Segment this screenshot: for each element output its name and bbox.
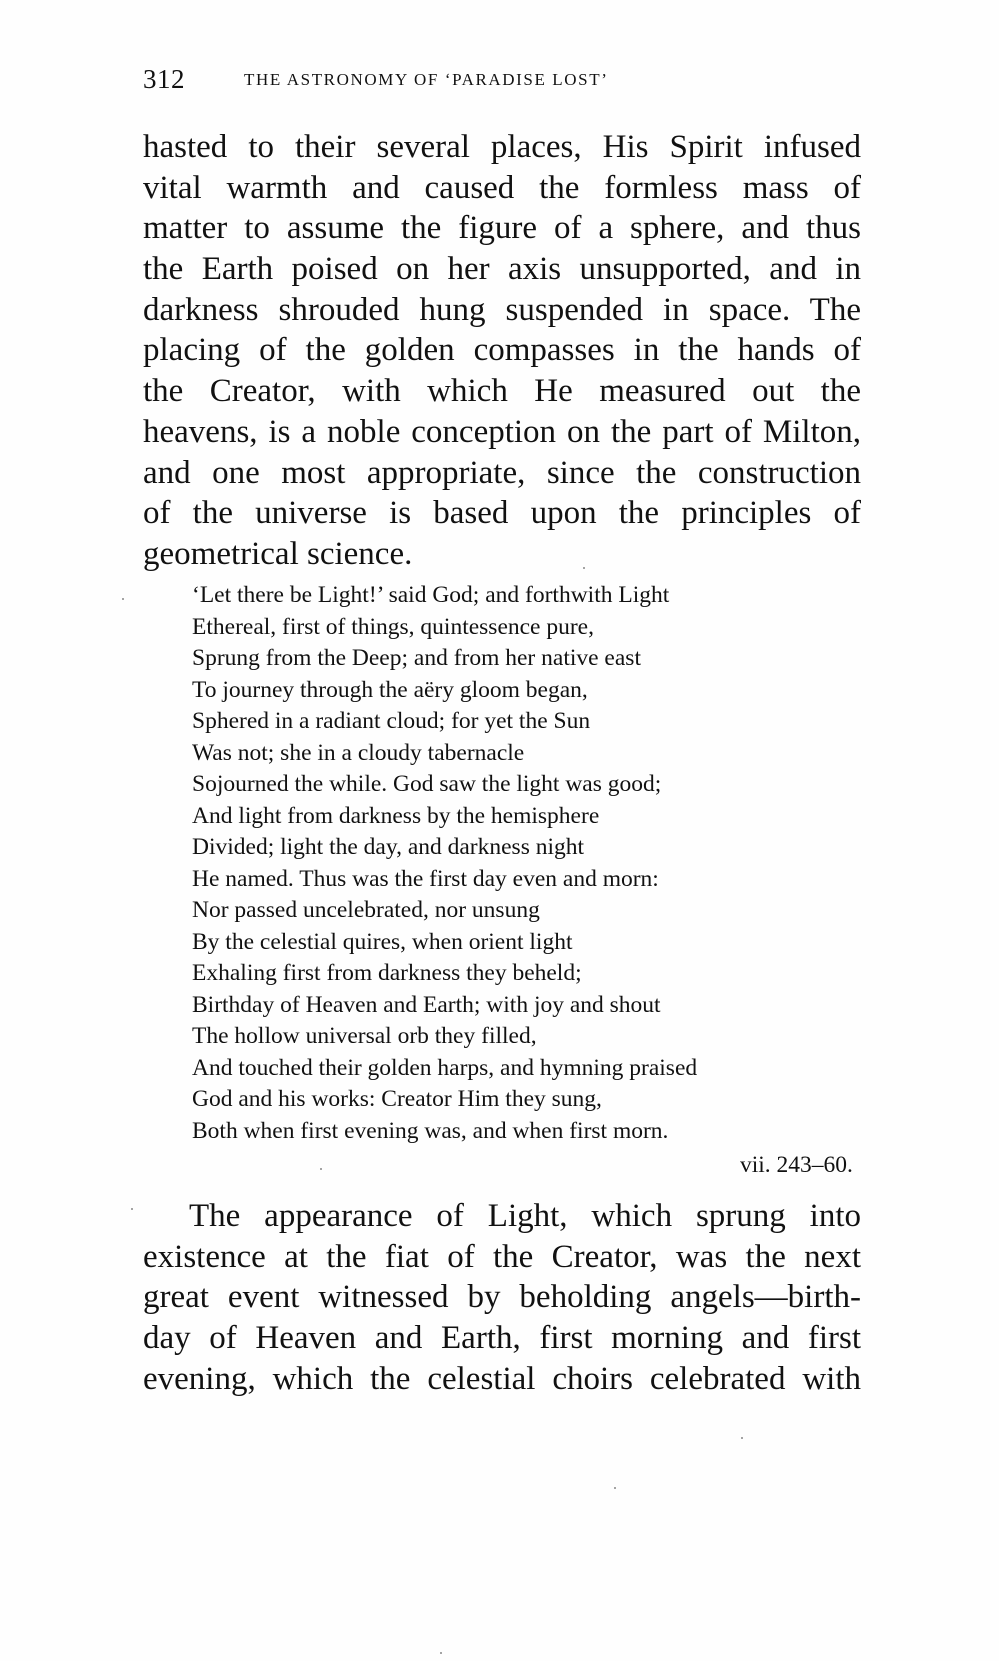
page-header: 312 THE ASTRONOMY OF ‘PARADISE LOST’: [143, 64, 185, 95]
verse-line: Divided; light the day, and darkness nig…: [192, 832, 697, 864]
verse-line: Sphered in a radiant cloud; for yet the …: [192, 706, 697, 738]
text-line: The appearance of Light, which sprung in…: [143, 1196, 861, 1237]
verse-line: He named. Thus was the first day even an…: [192, 864, 697, 896]
verse-line: Sojourned the while. God saw the light w…: [192, 769, 697, 801]
verse-line: Was not; she in a cloudy tabernacle: [192, 738, 697, 770]
paragraph-2: The appearance of Light, which sprung in…: [143, 1196, 861, 1399]
text-line: matter to assume the figure of a sphere,…: [143, 208, 861, 249]
scan-speck: [614, 1487, 616, 1489]
paragraph-1: hasted to their several places, His Spir…: [143, 127, 861, 575]
text-line: hasted to their several places, His Spir…: [143, 127, 861, 168]
text-line: placing of the golden compasses in the h…: [143, 330, 861, 371]
scan-speck: [320, 1168, 322, 1170]
text-line: darkness shrouded hung suspended in spac…: [143, 290, 861, 331]
verse-line: The hollow universal orb they filled,: [192, 1021, 697, 1053]
text-line: day of Heaven and Earth, first morning a…: [143, 1318, 861, 1359]
text-line: existence at the fiat of the Creator, wa…: [143, 1237, 861, 1278]
verse-line: ‘Let there be Light!’ said God; and fort…: [192, 580, 697, 612]
verse-line: God and his works: Creator Him they sung…: [192, 1084, 697, 1116]
verse-quotation: ‘Let there be Light!’ said God; and fort…: [192, 580, 697, 1147]
verse-line: Sprung from the Deep; and from her nativ…: [192, 643, 697, 675]
text-line: and one most appropriate, since the cons…: [143, 453, 861, 494]
verse-citation: vii. 243–60.: [740, 1152, 853, 1179]
verse-line: And light from darkness by the hemispher…: [192, 801, 697, 833]
text-line: great event witnessed by beholding angel…: [143, 1277, 861, 1318]
scan-speck: [583, 567, 585, 569]
text-line: of the universe is based upon the princi…: [143, 493, 861, 534]
verse-line: Birthday of Heaven and Earth; with joy a…: [192, 990, 697, 1022]
verse-line: Exhaling first from darkness they beheld…: [192, 958, 697, 990]
verse-line: By the celestial quires, when orient lig…: [192, 927, 697, 959]
verse-line: Both when first evening was, and when fi…: [192, 1116, 697, 1148]
book-page: 312 THE ASTRONOMY OF ‘PARADISE LOST’ has…: [0, 0, 999, 1661]
scan-speck: [440, 1652, 442, 1654]
scan-speck: [741, 1437, 743, 1439]
text-line: the Earth poised on her axis unsupported…: [143, 249, 861, 290]
text-line: vital warmth and caused the formless mas…: [143, 168, 861, 209]
text-line: geometrical science.: [143, 534, 861, 575]
scan-speck: [122, 598, 124, 600]
verse-line: Ethereal, first of things, quintessence …: [192, 612, 697, 644]
scan-speck: [131, 1208, 133, 1210]
verse-line: To journey through the aëry gloom began,: [192, 675, 697, 707]
page-number: 312: [143, 64, 185, 94]
running-title: THE ASTRONOMY OF ‘PARADISE LOST’: [244, 70, 608, 90]
verse-line: Nor passed uncelebrated, nor unsung: [192, 895, 697, 927]
text-line: the Creator, with which He measured out …: [143, 371, 861, 412]
verse-line: And touched their golden harps, and hymn…: [192, 1053, 697, 1085]
text-line: heavens, is a noble conception on the pa…: [143, 412, 861, 453]
text-line: evening, which the celestial choirs cele…: [143, 1359, 861, 1400]
